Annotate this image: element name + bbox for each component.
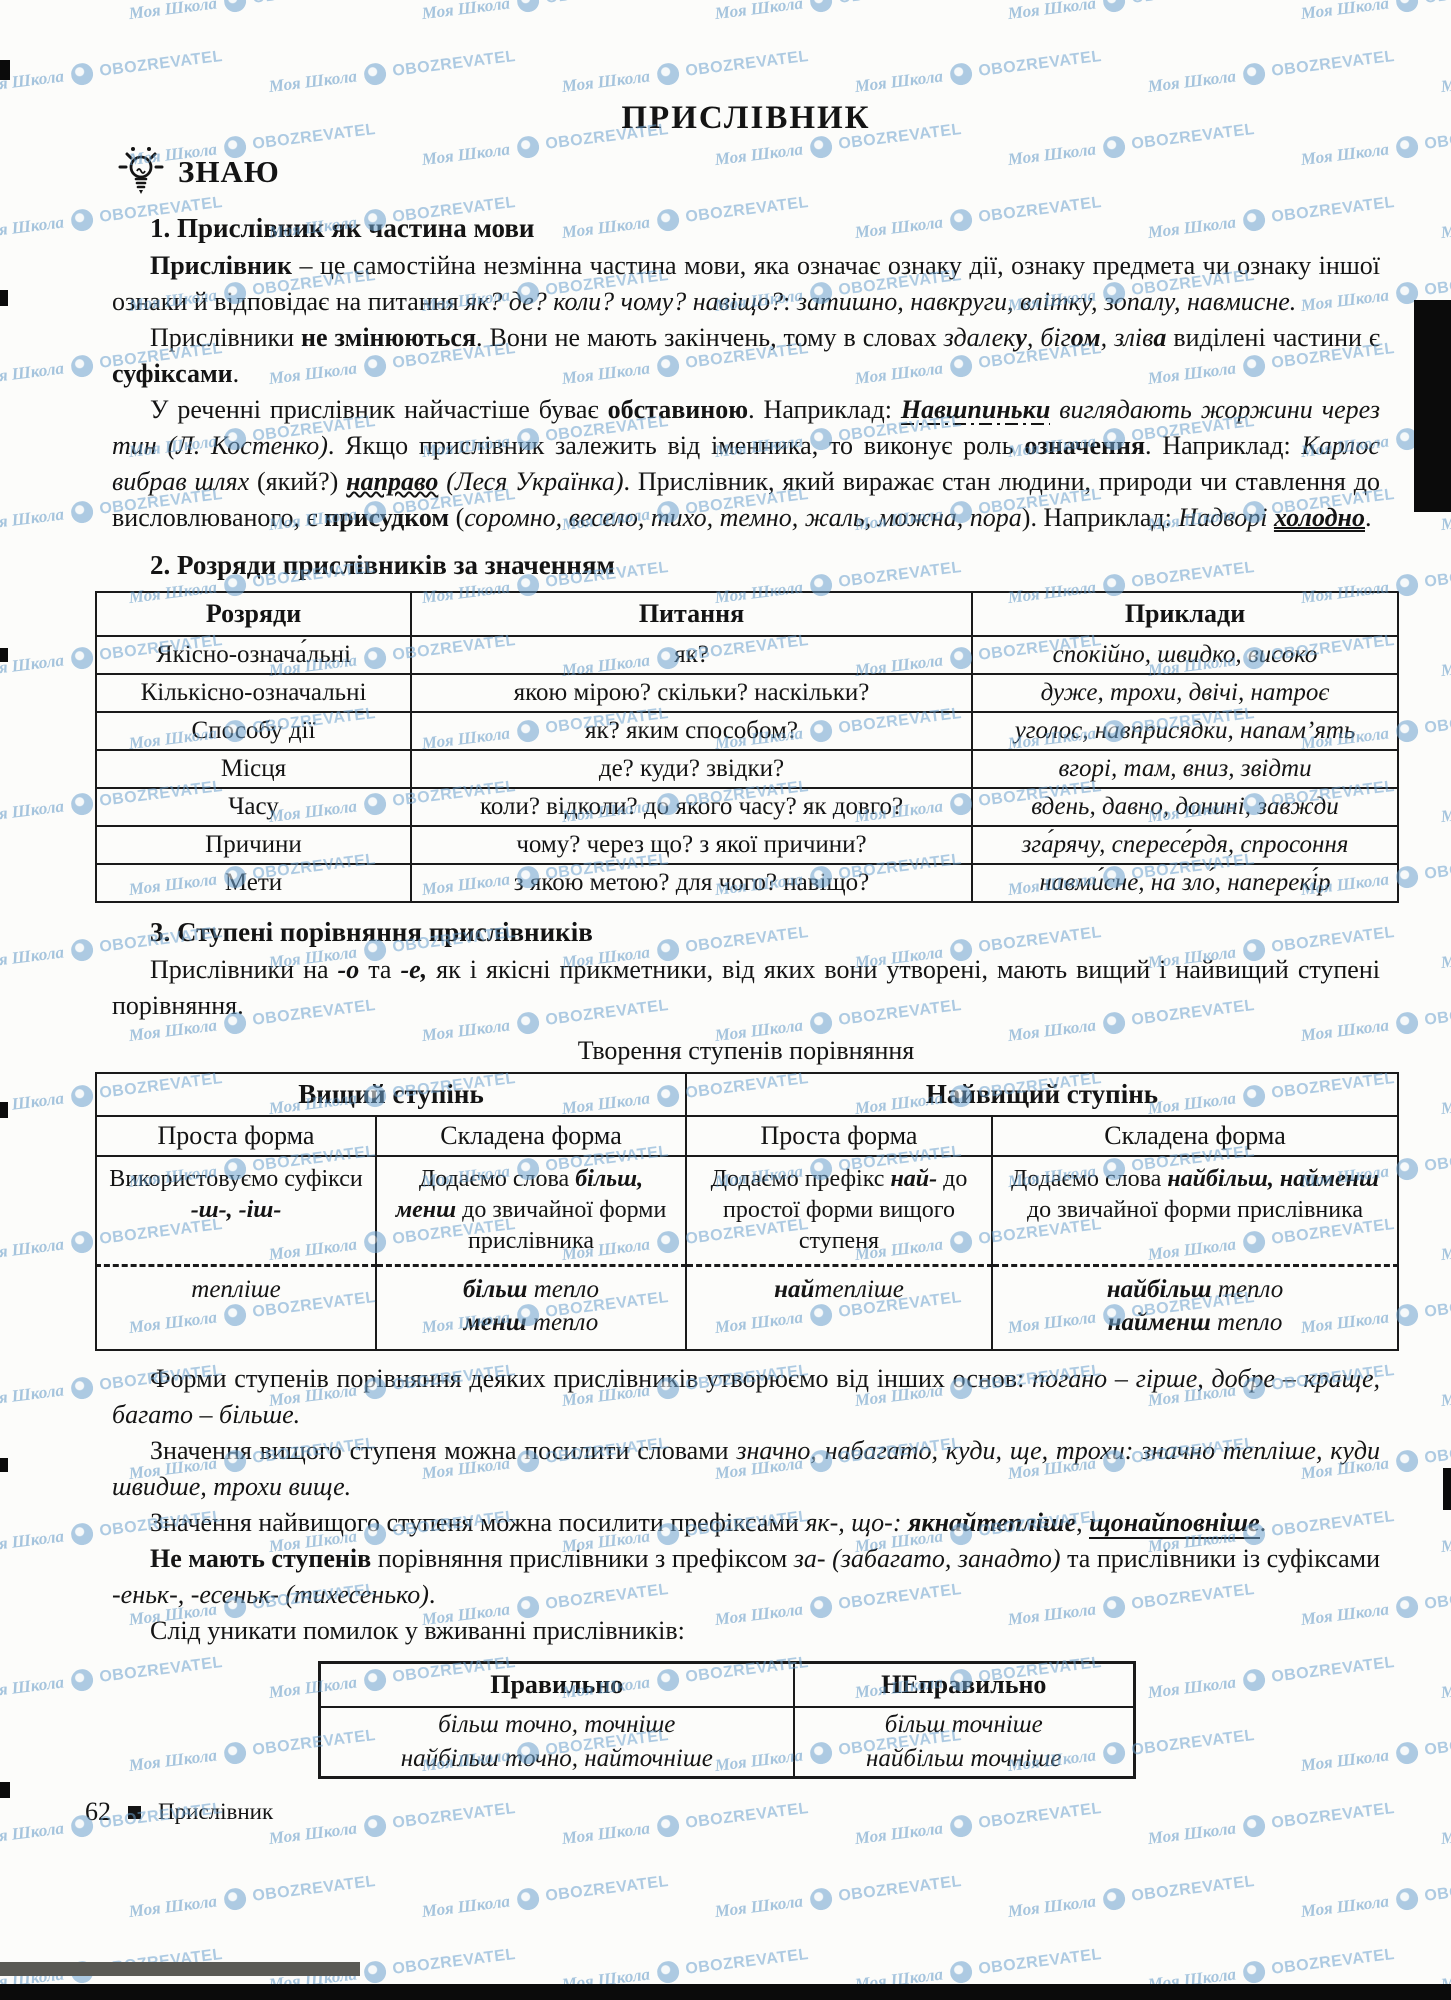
watermark-school-label: Моя Школа <box>1300 1891 1390 1922</box>
watermark: Моя ШколаOBOZREVATEL <box>1007 0 1256 25</box>
table-row: Кількісно-означальні якою мірою? скільки… <box>96 674 1398 712</box>
watermark-school-label: Моя Школа <box>0 1526 65 1557</box>
category-cell: Причини <box>96 826 411 864</box>
table-row: Мети з якою метою? для чого? навіщо? нав… <box>96 864 1398 902</box>
watermark-school-label: Моя Школа <box>1440 650 1451 681</box>
watermark-school-label: Моя Школа <box>0 1818 65 1849</box>
watermark-school-label: Моя Школа <box>0 1380 65 1411</box>
table-row: Способу дії як? яким способом? уголос, н… <box>96 712 1398 750</box>
scan-edge-mark <box>1414 300 1451 512</box>
watermark-brand-label: OBOZREVATEL <box>1423 1435 1451 1468</box>
lightbulb-icon <box>118 145 164 199</box>
watermark: Моя ШколаOBOZREVATEL <box>1440 1360 1451 1412</box>
watermark-brand-label: OBOZREVATEL <box>1423 997 1451 1030</box>
watermark-school-label: Моя Школа <box>1440 942 1451 973</box>
examples-cell: уголос, навприсядки, напам’ять <box>972 712 1398 750</box>
obozrevatel-logo-icon <box>362 62 387 87</box>
watermark-school-label: Моя Школа <box>0 358 65 389</box>
question-cell: коли? відколи? до якого часу? як довго? <box>411 788 972 826</box>
scan-bottom-shadow <box>0 1962 360 1976</box>
watermark-brand-label: OBOZREVATEL <box>837 0 962 8</box>
watermark-school-label: Моя Школа <box>128 1891 218 1922</box>
obozrevatel-logo-icon <box>655 62 680 87</box>
watermark-school-label: Моя Школа <box>1440 1526 1451 1557</box>
section2-heading: 2. Розряди прислівників за значенням <box>112 550 1380 581</box>
watermark-school-label: Моя Школа <box>0 1088 65 1119</box>
watermark-brand-label: OBOZREVATEL <box>977 48 1102 81</box>
watermark: Моя ШколаOBOZREVATEL <box>714 1871 963 1923</box>
watermark: Моя ШколаOBOZREVATEL <box>1440 1506 1451 1558</box>
paragraph-adverb-immutable: Прислівники не змінюються. Вони не мають… <box>112 320 1380 392</box>
column-header: Приклади <box>972 592 1398 636</box>
watermark-school-label: Моя Школа <box>0 212 65 243</box>
obozrevatel-logo-icon <box>222 0 247 13</box>
watermark: Моя ШколаOBOZREVATEL <box>421 1871 670 1923</box>
obozrevatel-logo-icon <box>1394 1741 1419 1766</box>
example-cell: найтепліше <box>686 1266 992 1351</box>
method-cell: Додаємо префікс най- до простої форми ви… <box>686 1156 992 1266</box>
degrees-table-caption: Творення ступенів порівняння <box>112 1036 1380 1066</box>
watermark-brand-label: OBOZREVATEL <box>544 0 669 8</box>
watermark-brand-label: OBOZREVATEL <box>251 0 376 8</box>
examples-cell: вдень, давно, донині, завжди <box>972 788 1398 826</box>
watermark-school-label: Моя Школа <box>1300 0 1390 24</box>
obozrevatel-logo-icon <box>69 208 94 233</box>
watermark-brand-label: OBOZREVATEL <box>977 1946 1102 1979</box>
footer-label: Прислівник <box>158 1799 273 1825</box>
watermark-brand-label: OBOZREVATEL <box>391 1946 516 1979</box>
watermark-brand-label: OBOZREVATEL <box>544 1873 669 1906</box>
table-row: більш точно, точніше більш точніше <box>320 1707 1135 1742</box>
paragraph-intensify-superlative: Значення найвищого ступеня можна посилит… <box>112 1505 1380 1541</box>
watermark: Моя ШколаOBOZREVATEL <box>128 1871 377 1923</box>
watermark-brand-label: OBOZREVATEL <box>684 1946 809 1979</box>
watermark-school-label: Моя Школа <box>0 1672 65 1703</box>
table-header-row: Правильно НЕправильно <box>320 1663 1135 1708</box>
watermark-school-label: Моя Школа <box>421 1891 511 1922</box>
question-cell: як? яким способом? <box>411 712 972 750</box>
table-row: найбільш точно, найточніше найбільш точн… <box>320 1742 1135 1778</box>
column-header: Складена форма <box>992 1116 1398 1156</box>
scan-edge-mark <box>1443 1468 1451 1510</box>
scan-edge-mark <box>0 290 8 306</box>
question-cell: з якою метою? для чого? навіщо? <box>411 864 972 902</box>
column-header: Складена форма <box>376 1116 686 1156</box>
watermark: Моя ШколаOBOZREVATEL <box>1440 1214 1451 1266</box>
scan-edge-mark <box>0 1458 8 1472</box>
page-content: ПРИСЛІВНИК <box>112 88 1380 1827</box>
watermark: Моя ШколаOBOZREVATEL <box>421 0 670 25</box>
obozrevatel-logo-icon <box>1394 135 1419 160</box>
obozrevatel-logo-icon <box>515 0 540 13</box>
examples-cell: спокійно, швидко, високо <box>972 636 1398 674</box>
watermark-brand-label: OBOZREVATEL <box>1423 0 1451 8</box>
correct-cell: більш точно, точніше <box>320 1707 794 1742</box>
table-row: Причини чому? через що? з якої причини? … <box>96 826 1398 864</box>
table-row: Часу коли? відколи? до якого часу? як до… <box>96 788 1398 826</box>
column-header: НЕправильно <box>794 1663 1135 1708</box>
obozrevatel-logo-icon <box>1394 1449 1419 1474</box>
column-header-row: Проста форма Складена форма Проста форма… <box>96 1116 1398 1156</box>
obozrevatel-logo-icon <box>1241 62 1266 87</box>
obozrevatel-logo-icon <box>69 1522 94 1547</box>
category-cell: Якісно-означа́льні <box>96 636 411 674</box>
obozrevatel-logo-icon <box>69 938 94 963</box>
watermark-school-label: Моя Школа <box>0 1234 65 1265</box>
watermark: Моя ШколаOBOZREVATEL <box>714 0 963 25</box>
group-header-row: Вищий ступінь Найвищий ступінь <box>96 1073 1398 1116</box>
watermark-brand-label: OBOZREVATEL <box>1423 121 1451 154</box>
section3-heading: 3. Ступені порівняння прислівників <box>112 917 1380 948</box>
group-header: Вищий ступінь <box>96 1073 686 1116</box>
watermark-school-label: Моя Школа <box>1007 0 1097 24</box>
watermark-school-label: Моя Школа <box>1440 1672 1451 1703</box>
obozrevatel-logo-icon <box>69 646 94 671</box>
watermark: Моя ШколаOBOZREVATEL <box>1440 192 1451 244</box>
examples-cell: дуже, трохи, двічі, натроє <box>972 674 1398 712</box>
example-row: тепліше більш тепломенш тепло найтепліше… <box>96 1266 1398 1351</box>
watermark-school-label: Моя Школа <box>0 504 65 535</box>
obozrevatel-logo-icon <box>515 1887 540 1912</box>
watermark-brand-label: OBOZREVATEL <box>1423 1581 1451 1614</box>
obozrevatel-logo-icon <box>1101 0 1126 13</box>
obozrevatel-logo-icon <box>1101 1887 1126 1912</box>
category-cell: Часу <box>96 788 411 826</box>
method-row: Використовуємо суфікси-ш-, -іш- Додаємо … <box>96 1156 1398 1266</box>
examples-cell: навми́сне, на зло́, наперекі́р <box>972 864 1398 902</box>
watermark-brand-label: OBOZREVATEL <box>1423 1727 1451 1760</box>
column-header: Розряди <box>96 592 411 636</box>
watermark-school-label: Моя Школа <box>1440 212 1451 243</box>
watermark: Моя ШколаOBOZREVATEL <box>1300 0 1451 25</box>
watermark-school-label: Моя Школа <box>1440 1818 1451 1849</box>
mistakes-table: Правильно НЕправильно більш точно, точні… <box>318 1661 1136 1779</box>
watermark-school-label: Моя Школа <box>1440 66 1451 97</box>
know-label: ЗНАЮ <box>178 154 280 190</box>
watermark-school-label: Моя Школа <box>1440 1088 1451 1119</box>
scan-edge-mark <box>0 1102 8 1118</box>
obozrevatel-logo-icon <box>1394 1887 1419 1912</box>
scan-edge-mark <box>0 648 8 662</box>
watermark-brand-label: OBOZREVATEL <box>1423 705 1451 738</box>
question-cell: де? куди? звідки? <box>411 750 972 788</box>
paragraph-no-degrees: Не мають ступенів порівняння прислівники… <box>112 1541 1380 1613</box>
watermark: Моя ШколаOBOZREVATEL <box>1440 1652 1451 1704</box>
watermark-brand-label: OBOZREVATEL <box>1423 559 1451 592</box>
watermark-brand-label: OBOZREVATEL <box>1423 267 1451 300</box>
incorrect-cell: більш точніше <box>794 1707 1135 1742</box>
watermark-school-label: Моя Школа <box>0 796 65 827</box>
watermark-school-label: Моя Школа <box>1440 796 1451 827</box>
watermark-brand-label: OBOZREVATEL <box>1423 1289 1451 1322</box>
obozrevatel-logo-icon <box>69 1376 94 1401</box>
watermark-school-label: Моя Школа <box>0 650 65 681</box>
examples-cell: вгорі, там, вниз, звідти <box>972 750 1398 788</box>
question-cell: як? <box>411 636 972 674</box>
categories-table: Розряди Питання Приклади Якісно-означа́л… <box>95 591 1399 903</box>
watermark-brand-label: OBOZREVATEL <box>251 1873 376 1906</box>
obozrevatel-logo-icon <box>1394 1011 1419 1036</box>
know-section: ЗНАЮ <box>118 145 1380 199</box>
obozrevatel-logo-icon <box>1394 1595 1419 1620</box>
watermark-school-label: Моя Школа <box>1440 1234 1451 1265</box>
watermark-brand-label: OBOZREVATEL <box>1130 1873 1255 1906</box>
watermark-brand-label: OBOZREVATEL <box>1270 1946 1395 1979</box>
watermark: Моя ШколаOBOZREVATEL <box>128 0 377 25</box>
example-cell: тепліше <box>96 1266 376 1351</box>
watermark-brand-label: OBOZREVATEL <box>684 48 809 81</box>
watermark-brand-label: OBOZREVATEL <box>1130 0 1255 8</box>
column-header: Проста форма <box>686 1116 992 1156</box>
paragraph-degrees-intro: Прислівники на -о та -е, як і якісні при… <box>112 952 1380 1024</box>
footer-square-icon <box>128 1806 141 1819</box>
paragraph-irregular-forms: Форми ступенів порівняння деяких прислів… <box>112 1361 1380 1433</box>
obozrevatel-logo-icon <box>222 1887 247 1912</box>
table-row: Якісно-означа́льні як? спокійно, швидко,… <box>96 636 1398 674</box>
obozrevatel-logo-icon <box>69 1668 94 1693</box>
examples-cell: зга́рячу, спересе́рдя, спросоння <box>972 826 1398 864</box>
degrees-table: Вищий ступінь Найвищий ступінь Проста фо… <box>95 1072 1399 1351</box>
table-header-row: Розряди Питання Приклади <box>96 592 1398 636</box>
scan-bottom-bar <box>0 1984 1451 2000</box>
category-cell: Кількісно-означальні <box>96 674 411 712</box>
obozrevatel-logo-icon <box>69 792 94 817</box>
correct-cell: найбільш точно, найточніше <box>320 1742 794 1778</box>
watermark: Моя ШколаOBOZREVATEL <box>1300 1871 1451 1923</box>
watermark-school-label: Моя Школа <box>0 942 65 973</box>
paragraph-avoid-mistakes: Слід уникати помилок у вживанні прислівн… <box>112 1613 1380 1649</box>
group-header: Найвищий ступінь <box>686 1073 1398 1116</box>
watermark-brand-label: OBOZREVATEL <box>1423 851 1451 884</box>
obozrevatel-logo-icon <box>362 1960 387 1985</box>
obozrevatel-logo-icon <box>69 354 94 379</box>
paragraph-adverb-definition: Прислівник – це самостійна незмінна част… <box>112 248 1380 320</box>
incorrect-cell: найбільш точніше <box>794 1742 1135 1778</box>
obozrevatel-logo-icon <box>69 500 94 525</box>
watermark: Моя ШколаOBOZREVATEL <box>1440 1798 1451 1850</box>
scan-edge-mark <box>0 1782 10 1798</box>
obozrevatel-logo-icon <box>948 1960 973 1985</box>
category-cell: Місця <box>96 750 411 788</box>
column-header: Питання <box>411 592 972 636</box>
method-cell: Додаємо слова найбільш, найменш до звича… <box>992 1156 1398 1266</box>
watermark: Моя ШколаOBOZREVATEL <box>1440 46 1451 98</box>
method-cell: Використовуємо суфікси-ш-, -іш- <box>96 1156 376 1266</box>
column-header: Правильно <box>320 1663 794 1708</box>
watermark: Моя ШколаOBOZREVATEL <box>1440 1068 1451 1120</box>
watermark-school-label: Моя Школа <box>714 0 804 24</box>
obozrevatel-logo-icon <box>69 1230 94 1255</box>
watermark-school-label: Моя Школа <box>421 0 511 24</box>
watermark: Моя ШколаOBOZREVATEL <box>1440 776 1451 828</box>
watermark-brand-label: OBOZREVATEL <box>98 48 223 81</box>
page-number: 62 <box>85 1797 111 1827</box>
paragraph-adverb-roles: У реченні прислівник найчастіше буває об… <box>112 392 1380 536</box>
watermark-school-label: Моя Школа <box>1440 1380 1451 1411</box>
obozrevatel-logo-icon <box>948 62 973 87</box>
method-cell: Додаємо слова більш, менш до звичайної ф… <box>376 1156 686 1266</box>
watermark-school-label: Моя Школа <box>714 1891 804 1922</box>
table-row: Місця де? куди? звідки? вгорі, там, вниз… <box>96 750 1398 788</box>
category-cell: Способу дії <box>96 712 411 750</box>
watermark-brand-label: OBOZREVATEL <box>1423 1873 1451 1906</box>
watermark-brand-label: OBOZREVATEL <box>391 48 516 81</box>
example-cell: більш тепломенш тепло <box>376 1266 686 1351</box>
obozrevatel-logo-icon <box>808 0 833 13</box>
scan-edge-mark <box>0 60 10 80</box>
category-cell: Мети <box>96 864 411 902</box>
obozrevatel-logo-icon <box>655 1960 680 1985</box>
watermark: Моя ШколаOBOZREVATEL <box>1440 922 1451 974</box>
question-cell: чому? через що? з якої причини? <box>411 826 972 864</box>
page-title: ПРИСЛІВНИК <box>112 100 1380 137</box>
paragraph-intensify-comparative: Значення вищого ступеня можна посилити с… <box>112 1433 1380 1505</box>
watermark-brand-label: OBOZREVATEL <box>1270 48 1395 81</box>
page-footer: 62 Прислівник <box>85 1797 1380 1827</box>
obozrevatel-logo-icon <box>69 62 94 87</box>
column-header: Проста форма <box>96 1116 376 1156</box>
watermark-school-label: Моя Школа <box>128 0 218 24</box>
watermark: Моя ШколаOBOZREVATEL <box>1007 1871 1256 1923</box>
watermark-brand-label: OBOZREVATEL <box>1423 1143 1451 1176</box>
watermark-brand-label: OBOZREVATEL <box>837 1873 962 1906</box>
obozrevatel-logo-icon <box>808 1887 833 1912</box>
question-cell: якою мірою? скільки? наскільки? <box>411 674 972 712</box>
watermark: Моя ШколаOBOZREVATEL <box>1440 630 1451 682</box>
watermark-school-label: Моя Школа <box>1007 1891 1097 1922</box>
example-cell: найбільш теплонайменш тепло <box>992 1266 1398 1351</box>
obozrevatel-logo-icon <box>1241 1960 1266 1985</box>
obozrevatel-logo-icon <box>1394 0 1419 13</box>
section1-heading: 1. Прислівник як частина мови <box>112 213 1380 244</box>
obozrevatel-logo-icon <box>69 1084 94 1109</box>
scanned-page: Моя ШколаOBOZREVATELМоя ШколаOBOZREVATEL… <box>0 0 1451 2000</box>
